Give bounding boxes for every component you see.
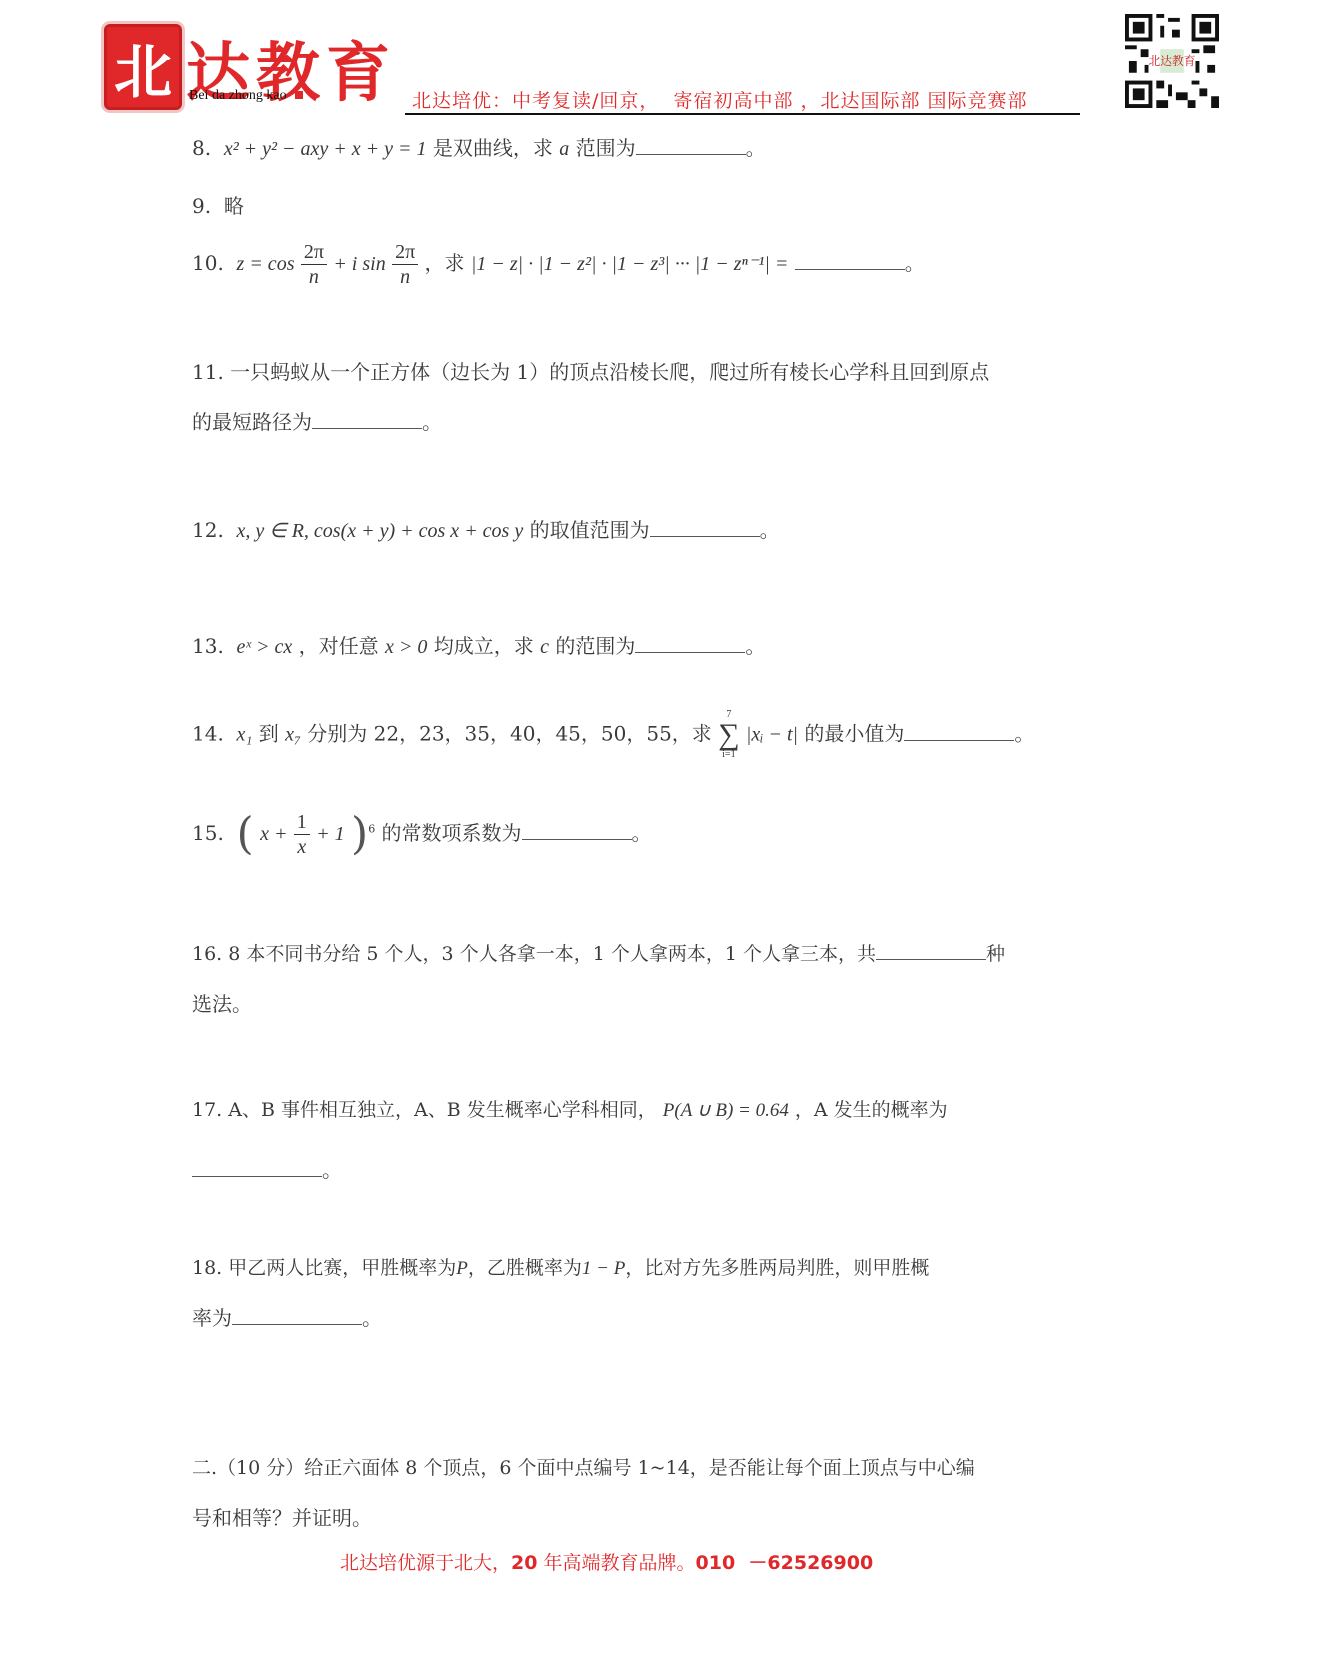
answer-blank[interactable] [876, 940, 986, 960]
question-formula: P(A ∪ B) = 0.64 [663, 1100, 789, 1121]
footer-text: 北达培优源于北大， [340, 1552, 511, 1574]
exponent: 6 [368, 822, 375, 835]
question-number: 18. [192, 1257, 222, 1279]
question-16: 16. 8 本不同书分给 5 个人，3 个人各拿一本，1 个人拿两本，1 个人拿… [192, 940, 1005, 968]
question-formula: 1 − P [582, 1258, 625, 1279]
answer-blank[interactable] [795, 249, 905, 270]
question-formula: x₁ [237, 724, 253, 746]
fraction-numerator: 2π [301, 240, 327, 265]
question-text-tail: ，A 发生的概率为 [795, 1099, 948, 1121]
question-unit: 种 [986, 943, 1005, 965]
question-9: 9. 略 [192, 192, 244, 220]
section-2-problem-line2: 号和相等？并证明。 [192, 1504, 372, 1532]
question-text-tail: 的最小值为 [804, 722, 904, 746]
question-text: 选法。 [192, 992, 252, 1016]
question-text: ，比对方先多胜两局判胜，则甲胜概 [625, 1257, 929, 1279]
fraction: 1x [294, 810, 310, 859]
footer-years: 20 [511, 1552, 537, 1574]
question-text: 一只蚂蚁从一个正方体（边长为 1）的顶点沿棱长爬，爬过所有棱长心学科且回到原点 [230, 360, 989, 384]
section-2-problem: 二.（10 分）给正六面体 8 个顶点，6 个面中点编号 1~14，是否能让每个… [192, 1454, 975, 1482]
question-variable: c [540, 636, 549, 658]
summation: 7∑i=1 [718, 710, 739, 760]
question-text: 8 本不同书分给 5 个人，3 个人各拿一本，1 个人拿两本，1 个人拿三本，共 [228, 943, 876, 965]
answer-blank[interactable] [904, 720, 1014, 741]
question-text: 均成立，求 [434, 634, 534, 658]
question-18: 18. 甲乙两人比赛，甲胜概率为P，乙胜概率为1 − P，比对方先多胜两局判胜，… [192, 1254, 929, 1283]
question-text: 甲乙两人比赛，甲胜概率为 [228, 1257, 456, 1279]
answer-blank[interactable] [635, 632, 745, 653]
answer-blank[interactable] [192, 1156, 322, 1177]
period: 。 [745, 634, 765, 658]
logo-subtitle-text: Bei da zhong kao [189, 88, 287, 103]
period: 。 [422, 410, 442, 434]
answer-blank[interactable] [650, 516, 760, 537]
question-11: 11. 一只蚂蚁从一个正方体（边长为 1）的顶点沿棱长爬，爬过所有棱长心学科且回… [192, 358, 989, 386]
fraction: 2πn [392, 240, 418, 289]
qr-center-label: 北达教育 [1149, 54, 1196, 68]
footer-text: 年高端教育品牌。 [537, 1552, 695, 1574]
question-number: 17. [192, 1099, 222, 1121]
period: 。 [746, 136, 766, 160]
section-2-text: 二.（10 分）给正六面体 8 个顶点，6 个面中点编号 1~14，是否能让每个… [192, 1457, 975, 1479]
question-variable: P [456, 1258, 468, 1279]
question-number: 10. [192, 251, 224, 275]
question-number: 9. [192, 194, 211, 218]
question-formula: x² + y² − axy + x + y = 1 [224, 138, 427, 160]
logo-char: 北 [114, 25, 172, 109]
answer-blank[interactable] [232, 1304, 362, 1325]
question-16-line2: 选法。 [192, 990, 252, 1018]
question-12: 12. x, y ∈ R, cos(x + y) + cos x + cos y… [192, 516, 780, 545]
sum-lower: i=1 [722, 750, 735, 760]
question-17: 17. A、B 事件相互独立，A、B 发生概率心学科相同， P(A ∪ B) =… [192, 1096, 948, 1125]
answer-blank[interactable] [522, 819, 632, 840]
question-formula: + 1 [316, 823, 345, 845]
fraction-denominator: x [297, 835, 306, 859]
question-text: ，求 [425, 251, 465, 275]
question-10: 10. z = cos 2πn + i sin 2πn ，求 |1 − z| ·… [192, 240, 925, 289]
red-square-icon [295, 91, 303, 99]
question-number: 15. [192, 821, 224, 845]
fraction-denominator: n [309, 265, 319, 289]
question-formula: x₇ [285, 724, 301, 746]
question-formula: eˣ > cx [237, 636, 293, 658]
question-8: 8. x² + y² − axy + x + y = 1 是双曲线，求 a 范围… [192, 134, 766, 163]
question-formula: x + [260, 823, 287, 845]
question-condition: x > 0 [385, 636, 427, 658]
question-text: ，对任意 [299, 634, 379, 658]
question-number: 14. [192, 722, 224, 746]
section-2-text: 号和相等？并证明。 [192, 1506, 372, 1530]
question-formula: |xᵢ − t| [746, 724, 798, 746]
question-13: 13. eˣ > cx ，对任意 x > 0 均成立，求 c 的范围为。 [192, 632, 765, 661]
question-text: 率为 [192, 1306, 232, 1330]
question-formula: z = cos [237, 253, 295, 275]
fraction-numerator: 2π [392, 240, 418, 265]
question-11-line2: 的最短路径为。 [192, 408, 442, 436]
question-formula: x, y ∈ R, cos(x + y) + cos x + cos y [237, 520, 524, 542]
period: 。 [905, 251, 925, 275]
question-variable: a [559, 138, 569, 160]
logo-subtitle: Bei da zhong kao [189, 88, 303, 104]
question-text: A、B 事件相互独立，A、B 发生概率心学科相同， [228, 1099, 656, 1121]
logo-mark: 北 [104, 24, 182, 110]
question-text: 的常数项系数为 [382, 821, 522, 845]
qr-code-icon: 北达教育 [1124, 14, 1220, 108]
question-text-tail: 范围为 [576, 136, 636, 160]
period: 。 [1014, 722, 1034, 746]
question-number: 12. [192, 518, 224, 542]
question-text: 分别为 22，23，35，40，45，50，55，求 [307, 722, 712, 746]
answer-blank[interactable] [312, 408, 422, 429]
sigma-icon: ∑ [718, 720, 739, 750]
fraction: 2πn [301, 240, 327, 289]
footer-slogan: 北达培优源于北大，20 年高端教育品牌。010 －62526900 [340, 1548, 873, 1575]
fraction-numerator: 1 [294, 810, 310, 835]
question-formula: + i sin [333, 253, 385, 275]
period: 。 [760, 518, 780, 542]
question-text: 的最短路径为 [192, 410, 312, 434]
question-number: 11. [192, 360, 224, 384]
question-text-tail: 的范围为 [555, 634, 635, 658]
question-number: 8. [192, 136, 211, 160]
period: 。 [632, 821, 652, 845]
question-15: 15. ( x + 1x + 1 )6 的常数项系数为。 [192, 810, 652, 859]
footer-phone: 010 －62526900 [696, 1552, 874, 1574]
right-paren: ) [351, 809, 368, 860]
period: 。 [362, 1306, 382, 1330]
question-text: ，乙胜概率为 [468, 1257, 582, 1279]
question-text: 是双曲线，求 [433, 136, 553, 160]
fraction-denominator: n [400, 265, 410, 289]
question-text: 到 [259, 722, 279, 746]
answer-blank[interactable] [636, 134, 746, 155]
question-18-line2: 率为。 [192, 1304, 382, 1332]
header-slogan: 北达培优：中考复读/回京， 寄宿初高中部 ，北达国际部 国际竞赛部 [412, 86, 1028, 113]
question-14: 14. x₁ 到 x₇ 分别为 22，23，35，40，45，50，55，求 7… [192, 710, 1034, 760]
header-divider [405, 113, 1080, 115]
question-text: 略 [224, 194, 244, 218]
left-paren: ( [237, 809, 254, 860]
period: 。 [322, 1158, 342, 1182]
question-number: 16. [192, 943, 222, 965]
question-number: 13. [192, 634, 224, 658]
product-formula: |1 − z| · |1 − z²| · |1 − z³| ··· |1 − z… [471, 253, 788, 275]
question-text: 的取值范围为 [530, 518, 650, 542]
question-17-line2: 。 [192, 1156, 342, 1184]
